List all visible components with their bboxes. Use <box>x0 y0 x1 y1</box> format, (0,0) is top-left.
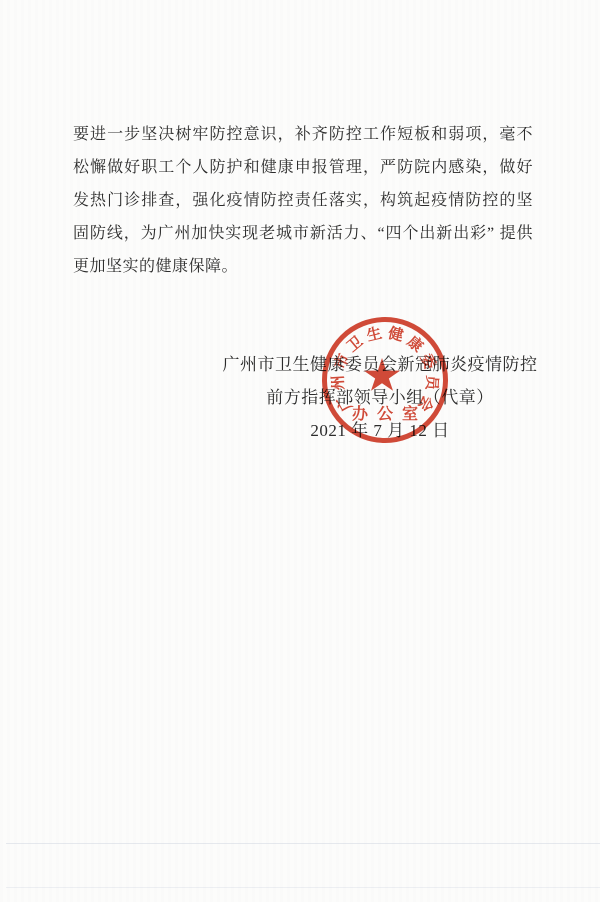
signature-org-line-1: 广州市卫生健康委员会新冠肺炎疫情防控 <box>168 348 592 381</box>
signature-org-line-2: 前方指挥部领导小组（代章） <box>168 381 592 414</box>
paragraph-line-4: 固防线，为广州加快实现老城市新活力、“四个出新出彩” 提供 <box>73 217 533 250</box>
document-page: 要进一步坚决树牢防控意识，补齐防控工作短板和弱项，毫不 松懈做好职工个人防护和健… <box>0 0 600 902</box>
scan-artifact-line <box>6 887 600 888</box>
paragraph-line-5: 更加坚实的健康保障。 <box>73 250 533 283</box>
seal-arc-char: 生 <box>364 324 386 346</box>
signature-block: 广州市卫生健康委员会新冠肺炎疫情防控 前方指挥部领导小组（代章） 2021 年 … <box>168 348 592 447</box>
paragraph-line-2: 松懈做好职工个人防护和健康申报管理，严防院内感染，做好 <box>73 151 533 184</box>
scan-artifact-line <box>6 843 600 844</box>
body-paragraph: 要进一步坚决树牢防控意识，补齐防控工作短板和弱项，毫不 松懈做好职工个人防护和健… <box>73 118 533 283</box>
signature-date: 2021 年 7 月 12 日 <box>168 414 592 447</box>
paragraph-line-1: 要进一步坚决树牢防控意识，补齐防控工作短板和弱项，毫不 <box>73 118 533 151</box>
seal-arc-char: 健 <box>385 324 407 346</box>
paragraph-line-3: 发热门诊排查，强化疫情防控责任落实，构筑起疫情防控的坚 <box>73 184 533 217</box>
